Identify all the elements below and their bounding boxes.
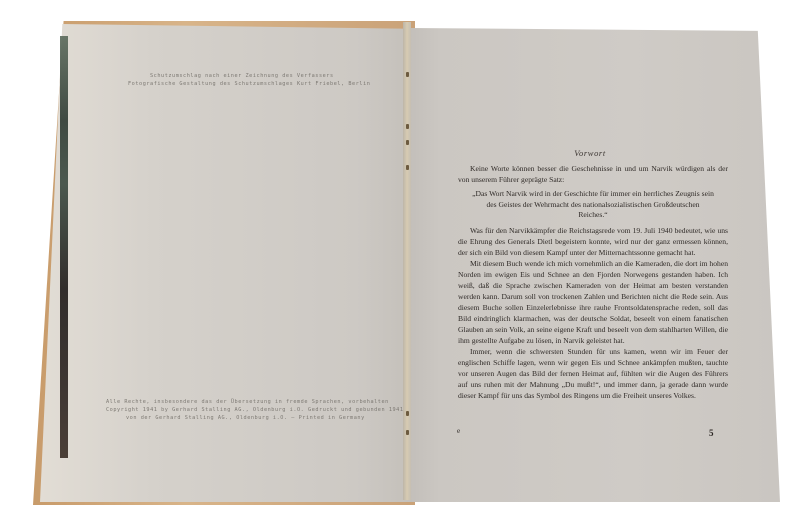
binding-stitch (406, 124, 409, 129)
book-spine (403, 22, 411, 500)
binding-stitch (406, 140, 409, 145)
paragraph: Was für den Narvikkämpfer die Reichstags… (458, 225, 728, 258)
signature-mark: e (457, 427, 460, 435)
foreword-body: Keine Worte können besser die Geschehnis… (458, 163, 728, 401)
left-page (40, 24, 412, 502)
imprint-line-2: Copyright 1941 by Gerhard Stalling AG., … (106, 406, 404, 414)
paragraph: Keine Worte können besser die Geschehnis… (458, 163, 728, 185)
cover-credit-line-1: Schutzumschlag nach einer Zeichnung des … (150, 72, 334, 80)
foreword-title: Vorwort (445, 148, 735, 158)
imprint-line-3: von der Gerhard Stalling AG., Oldenburg … (126, 414, 365, 422)
page-number: 5 (709, 428, 714, 438)
fuehrer-quote: „Das Wort Narvik wird in der Geschichte … (472, 189, 714, 221)
frontispiece-edge (60, 36, 68, 458)
binding-stitch (406, 72, 409, 77)
paragraph: Immer, wenn die schwersten Stunden für u… (458, 346, 728, 401)
paragraph: Mit diesem Buch wende ich mich vornehmli… (458, 258, 728, 346)
binding-stitch (406, 430, 409, 435)
binding-stitch (406, 165, 409, 170)
imprint-line-1: Alle Rechte, insbesondere das der Überse… (106, 398, 389, 406)
binding-stitch (406, 411, 409, 416)
cover-credit-line-2: Fotografische Gestaltung des Schutzumsch… (128, 80, 370, 88)
